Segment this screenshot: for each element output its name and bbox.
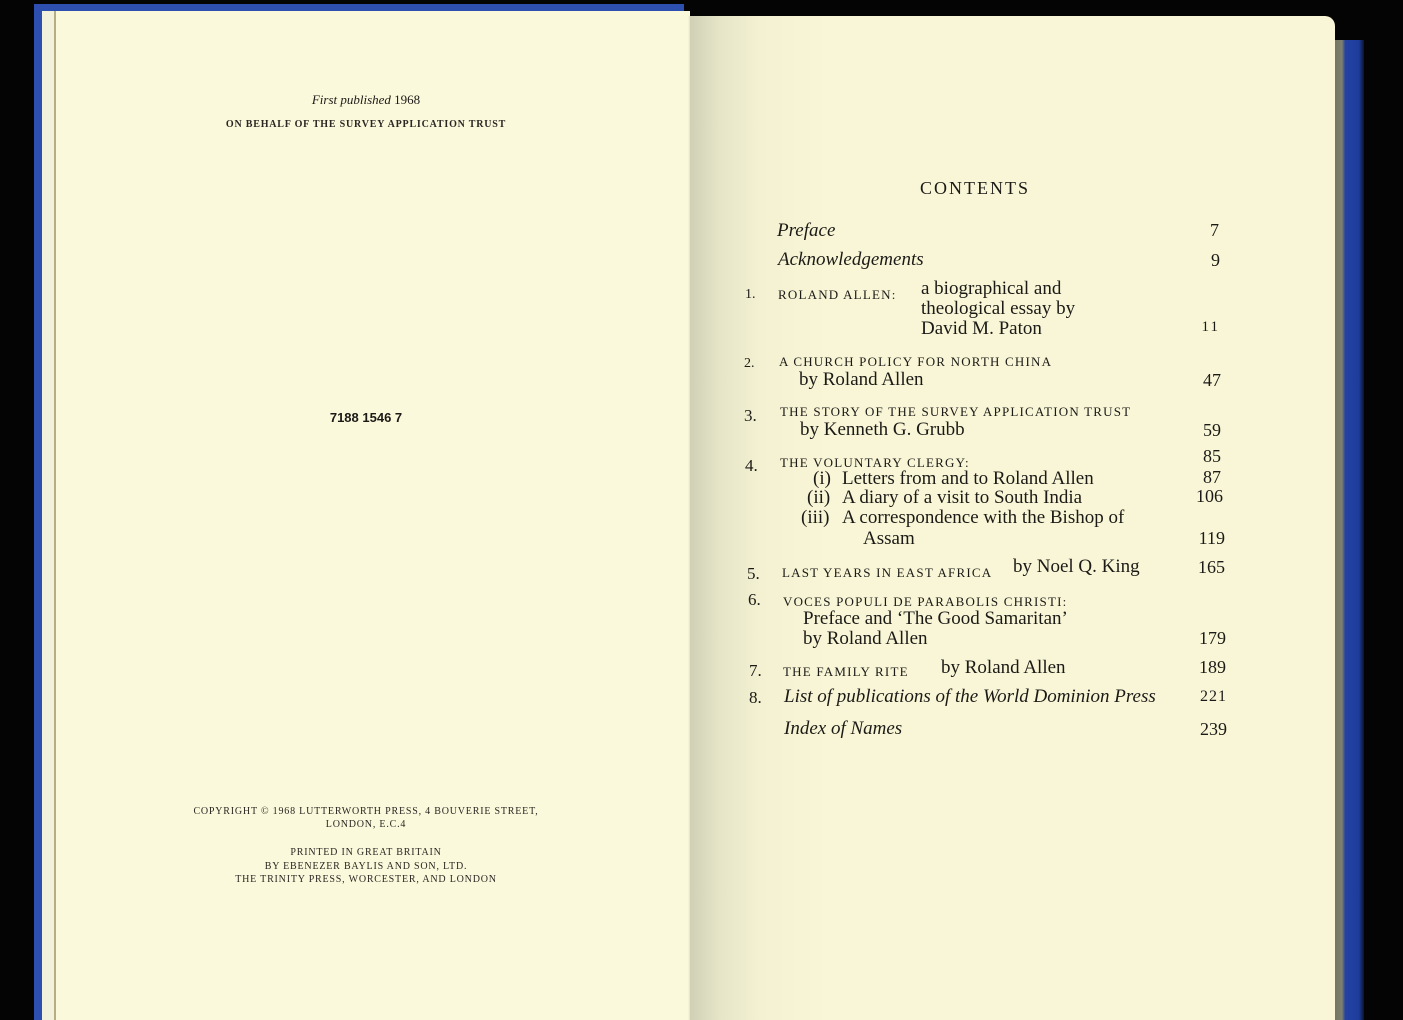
toc-entry-2-author: by Roland Allen — [799, 370, 924, 390]
printed-line-2: BY EBENEZER BAYLIS AND SON, LTD. — [42, 860, 690, 874]
first-published-label: First published — [312, 92, 391, 107]
toc-page-3: 59 — [1161, 420, 1221, 441]
toc-entry-4-iii-text-cont: Assam — [863, 529, 915, 549]
toc-entry-5-title: LAST YEARS IN EAST AFRICA — [782, 563, 992, 583]
toc-entry-4-ii-roman: (ii) — [807, 488, 830, 508]
toc-entry-6-author: by Roland Allen — [803, 629, 928, 649]
toc-entry-1-author: David M. Paton — [921, 319, 1042, 339]
toc-page-5: 165 — [1165, 557, 1225, 578]
toc-page-preface: 7 — [1159, 220, 1219, 241]
first-published-year: 1968 — [394, 92, 420, 107]
toc-page-2: 47 — [1161, 370, 1221, 391]
printed-line-3: THE TRINITY PRESS, WORCESTER, AND LONDON — [42, 873, 690, 887]
toc-page-8: 221 — [1167, 688, 1227, 706]
contents-title: CONTENTS — [920, 178, 1030, 199]
toc-entry-3-author: by Kenneth G. Grubb — [800, 420, 965, 440]
toc-entry-1-sub1: a biographical and — [921, 279, 1061, 299]
toc-page-7: 189 — [1166, 657, 1226, 678]
toc-page-4-i: 87 — [1161, 467, 1221, 488]
toc-entry-preface: Preface — [777, 221, 835, 241]
toc-page-4-ii: 106 — [1163, 486, 1223, 507]
toc-page-1: 11 — [1160, 319, 1220, 336]
printed-line-1: PRINTED IN GREAT BRITAIN — [42, 846, 690, 860]
toc-entry-6-sub: Preface and ‘The Good Samaritan’ — [803, 609, 1068, 629]
printer-notice: PRINTED IN GREAT BRITAIN BY EBENEZER BAY… — [42, 846, 690, 887]
first-published-line: First published 1968 — [42, 92, 690, 108]
toc-entry-5-author: by Noel Q. King — [1013, 557, 1140, 577]
isbn-number: 7188 1546 7 — [42, 410, 690, 425]
toc-entry-4-iii-roman: (iii) — [801, 508, 830, 528]
toc-number-7: 7. — [749, 661, 762, 681]
copyright-notice: COPYRIGHT © 1968 LUTTERWORTH PRESS, 4 BO… — [42, 804, 690, 833]
on-behalf-line: ON BEHALF OF THE SURVEY APPLICATION TRUS… — [42, 119, 690, 130]
toc-page-acknowledgements: 9 — [1160, 250, 1220, 271]
toc-page-6: 179 — [1166, 628, 1226, 649]
toc-number-2: 2. — [744, 356, 755, 372]
toc-number-8: 8. — [749, 688, 762, 708]
toc-entry-acknowledgements: Acknowledgements — [778, 250, 924, 270]
copyright-line-2: LONDON, E.C.4 — [42, 817, 690, 833]
toc-number-1: 1. — [745, 287, 756, 303]
toc-entry-1-sub2: theological essay by — [921, 299, 1075, 319]
toc-number-5: 5. — [747, 564, 760, 584]
toc-entry-4-ii-text: A diary of a visit to South India — [842, 488, 1082, 508]
toc-entry-4-i-roman: (i) — [813, 469, 831, 489]
toc-entry-8-title: List of publications of the World Domini… — [784, 687, 1156, 707]
toc-entry-4-i-text: Letters from and to Roland Allen — [842, 469, 1094, 489]
toc-entry-7-title: THE FAMILY RITE — [783, 662, 909, 682]
toc-page-4-iii: 119 — [1165, 528, 1225, 549]
toc-page-4: 85 — [1161, 446, 1221, 467]
toc-number-3: 3. — [744, 406, 757, 426]
toc-entry-7-author: by Roland Allen — [941, 658, 1066, 678]
toc-page-index: 239 — [1167, 719, 1227, 740]
toc-number-4: 4. — [745, 456, 758, 476]
copyright-page: First published 1968 ON BEHALF OF THE SU… — [42, 11, 690, 1020]
toc-entry-index: Index of Names — [784, 719, 902, 739]
toc-entry-1-title: ROLAND ALLEN: — [778, 285, 897, 305]
toc-number-6: 6. — [748, 590, 761, 610]
toc-entry-4-iii-text: A correspondence with the Bishop of — [842, 508, 1124, 528]
book-cover-right-edge — [1330, 40, 1364, 1020]
